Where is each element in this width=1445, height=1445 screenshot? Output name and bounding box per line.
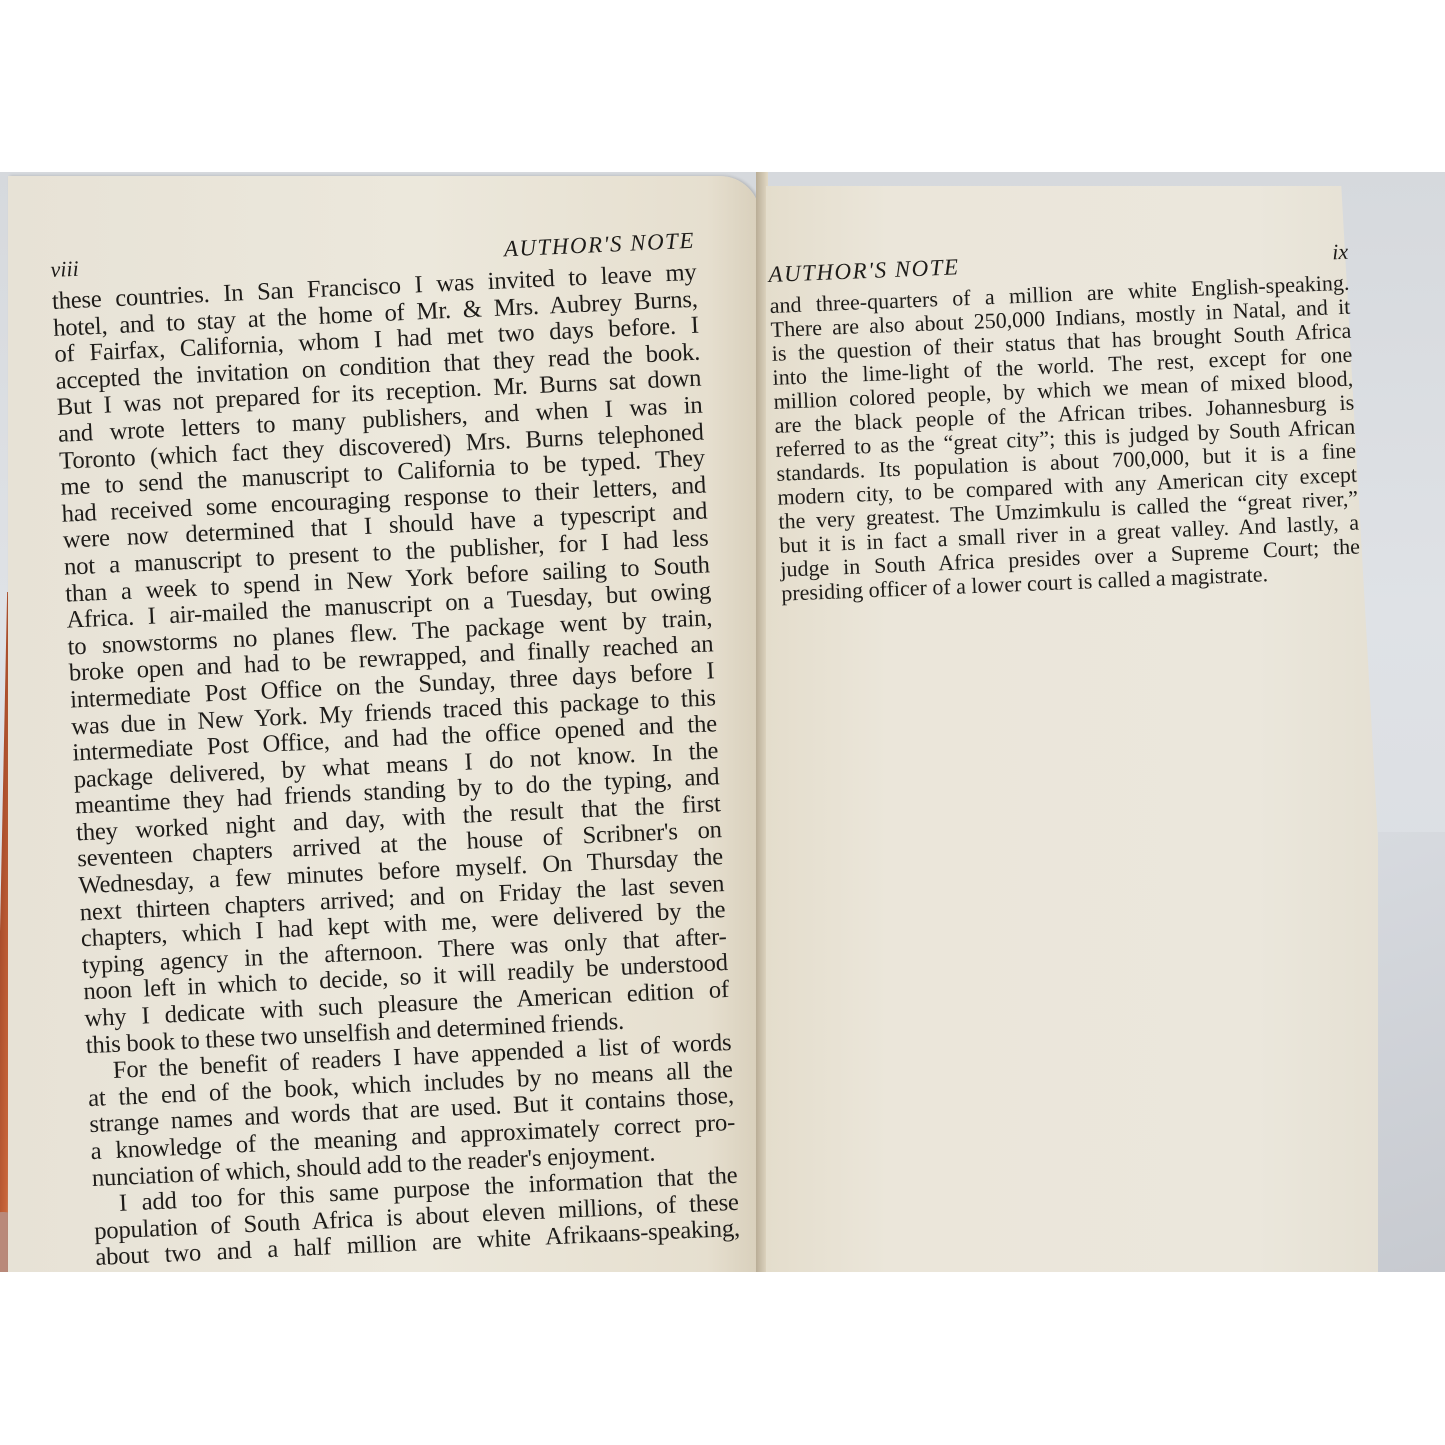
left-body: these countries. In San Francisco I was … [51,260,740,1272]
left-folio: viii [50,256,79,283]
background-shadow [1378,832,1445,1272]
book-photo: viii AUTHOR'S NOTE these countries. In S… [0,172,1445,1272]
right-page-text: AUTHOR'S NOTE ix and three-quarters of a… [768,239,1361,606]
left-page-text: viii AUTHOR'S NOTE these countries. In S… [50,228,740,1272]
right-body: and three-quarters of a million are whit… [769,271,1361,606]
right-folio: ix [1332,239,1349,266]
